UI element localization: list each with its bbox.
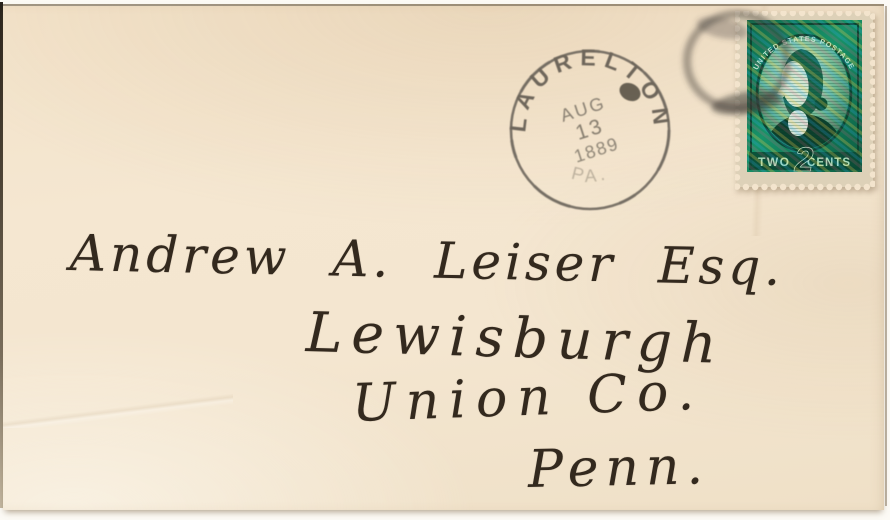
postmark-date-block: AUG 13 1889 [558,92,622,166]
paper-crease [3,394,233,428]
scanned-envelope-photo: LAURELTON AUG 13 1889 PA. Andrew A. Leis… [0,0,890,520]
address-line-4: Penn. [527,436,710,500]
postmark-state-arc: PA. [569,163,610,186]
scan-right-edge [885,6,887,506]
address-line-3: Union Co. [351,362,705,434]
postmark-state: PA. [569,163,610,186]
cancellation-smudge [652,6,812,131]
